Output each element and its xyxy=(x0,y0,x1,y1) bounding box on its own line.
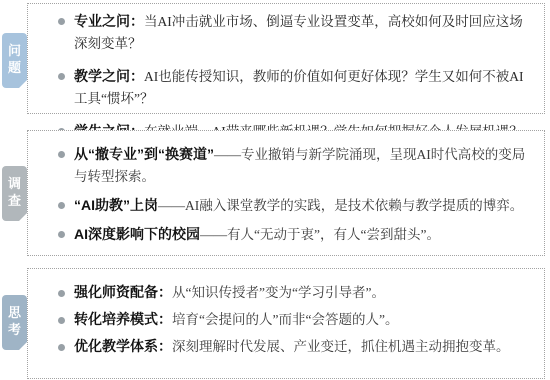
item-heading: “AI助教”上岗 xyxy=(74,197,158,213)
bullet-dot-icon xyxy=(58,317,65,324)
item-text: AI深度影响下的校园——有人“无动于衷”，有人“尝到甜头”。 xyxy=(74,223,440,246)
list-item: 转化培养模式：培育“会提问的人”而非“会答题的人”。 xyxy=(58,309,536,330)
list-item: 优化教学体系：深刻理解时代发展、产业变迁，抓住机遇主动拥抱变革。 xyxy=(58,336,536,357)
section-box-questions: 专业之问：当AI冲击就业市场、倒逼专业设置变革，高校如何及时回应这场深刻变革？教… xyxy=(27,3,545,114)
item-heading: 从“撤专业”到“换赛道” xyxy=(74,146,214,162)
item-body: ——AI融入课堂教学的实践，是技术依赖与教学提质的博弈。 xyxy=(158,198,523,213)
section-content-reflection: 强化师资配备：从“知识传授者”变为“学习引导者”。转化培养模式：培育“会提问的人… xyxy=(28,269,544,357)
section-tag-questions: 问题 xyxy=(2,33,27,88)
bullet-dot-icon xyxy=(58,18,65,25)
section-box-survey: 从“撤专业”到“换赛道”——专业撤销与新学院涌现，呈现AI时代高校的变局与转型探… xyxy=(27,130,545,256)
item-body: 从“知识传授者”变为“学习引导者”。 xyxy=(172,285,385,300)
tag-char: 思 xyxy=(2,304,27,321)
item-text: 教学之问：AI也能传授知识，教师的价值如何更好体现？学生又如何不被AI工具“惯坏… xyxy=(74,65,536,110)
item-body: 深刻理解时代发展、产业变迁，抓住机遇主动拥抱变革。 xyxy=(172,339,510,354)
bullet-dot-icon xyxy=(58,344,65,351)
item-heading: 专业之问： xyxy=(74,13,144,29)
list-item: 专业之问：当AI冲击就业市场、倒逼专业设置变革，高校如何及时回应这场深刻变革？ xyxy=(58,10,536,55)
item-heading: 转化培养模式： xyxy=(74,311,172,327)
item-heading: 教学之问： xyxy=(74,68,144,84)
item-text: 转化培养模式：培育“会提问的人”而非“会答题的人”。 xyxy=(74,309,398,330)
bullet-dot-icon xyxy=(58,290,65,297)
list-item: 教学之问：AI也能传授知识，教师的价值如何更好体现？学生又如何不被AI工具“惯坏… xyxy=(58,65,536,110)
tag-char: 考 xyxy=(2,321,27,338)
bullet-dot-icon xyxy=(58,231,65,238)
tag-char: 问 xyxy=(2,42,27,59)
tag-char: 调 xyxy=(2,175,27,192)
item-text: “AI助教”上岗——AI融入课堂教学的实践，是技术依赖与教学提质的博弈。 xyxy=(74,194,523,217)
item-body: ——有人“无动于衷”，有人“尝到甜头”。 xyxy=(200,227,440,242)
item-text: 专业之问：当AI冲击就业市场、倒逼专业设置变革，高校如何及时回应这场深刻变革？ xyxy=(74,10,536,55)
tag-char: 题 xyxy=(2,59,27,76)
bullet-dot-icon xyxy=(58,202,65,209)
infographic-panel: 专业之问：当AI冲击就业市场、倒逼专业设置变革，高校如何及时回应这场深刻变革？教… xyxy=(0,0,550,380)
item-text: 从“撤专业”到“换赛道”——专业撤销与新学院涌现，呈现AI时代高校的变局与转型探… xyxy=(74,143,536,188)
item-heading: AI深度影响下的校园 xyxy=(74,226,200,242)
item-heading: 优化教学体系： xyxy=(74,338,172,354)
list-item: 从“撤专业”到“换赛道”——专业撤销与新学院涌现，呈现AI时代高校的变局与转型探… xyxy=(58,143,536,188)
section-box-reflection: 强化师资配备：从“知识传授者”变为“学习引导者”。转化培养模式：培育“会提问的人… xyxy=(27,268,545,379)
section-tag-reflection: 思考 xyxy=(2,295,27,350)
list-item: AI深度影响下的校园——有人“无动于衷”，有人“尝到甜头”。 xyxy=(58,223,536,246)
section-content-questions: 专业之问：当AI冲击就业市场、倒逼专业设置变革，高校如何及时回应这场深刻变革？教… xyxy=(28,4,544,143)
bullet-dot-icon xyxy=(58,151,65,158)
item-heading: 强化师资配备： xyxy=(74,284,172,300)
list-item: 强化师资配备：从“知识传授者”变为“学习引导者”。 xyxy=(58,282,536,303)
item-body: 培育“会提问的人”而非“会答题的人”。 xyxy=(172,312,398,327)
tag-char: 查 xyxy=(2,192,27,209)
section-tag-survey: 调查 xyxy=(2,166,27,221)
item-text: 强化师资配备：从“知识传授者”变为“学习引导者”。 xyxy=(74,282,385,303)
list-item: “AI助教”上岗——AI融入课堂教学的实践，是技术依赖与教学提质的博弈。 xyxy=(58,194,536,217)
item-text: 优化教学体系：深刻理解时代发展、产业变迁，抓住机遇主动拥抱变革。 xyxy=(74,336,510,357)
bullet-dot-icon xyxy=(58,73,65,80)
section-content-survey: 从“撤专业”到“换赛道”——专业撤销与新学院涌现，呈现AI时代高校的变局与转型探… xyxy=(28,131,544,246)
